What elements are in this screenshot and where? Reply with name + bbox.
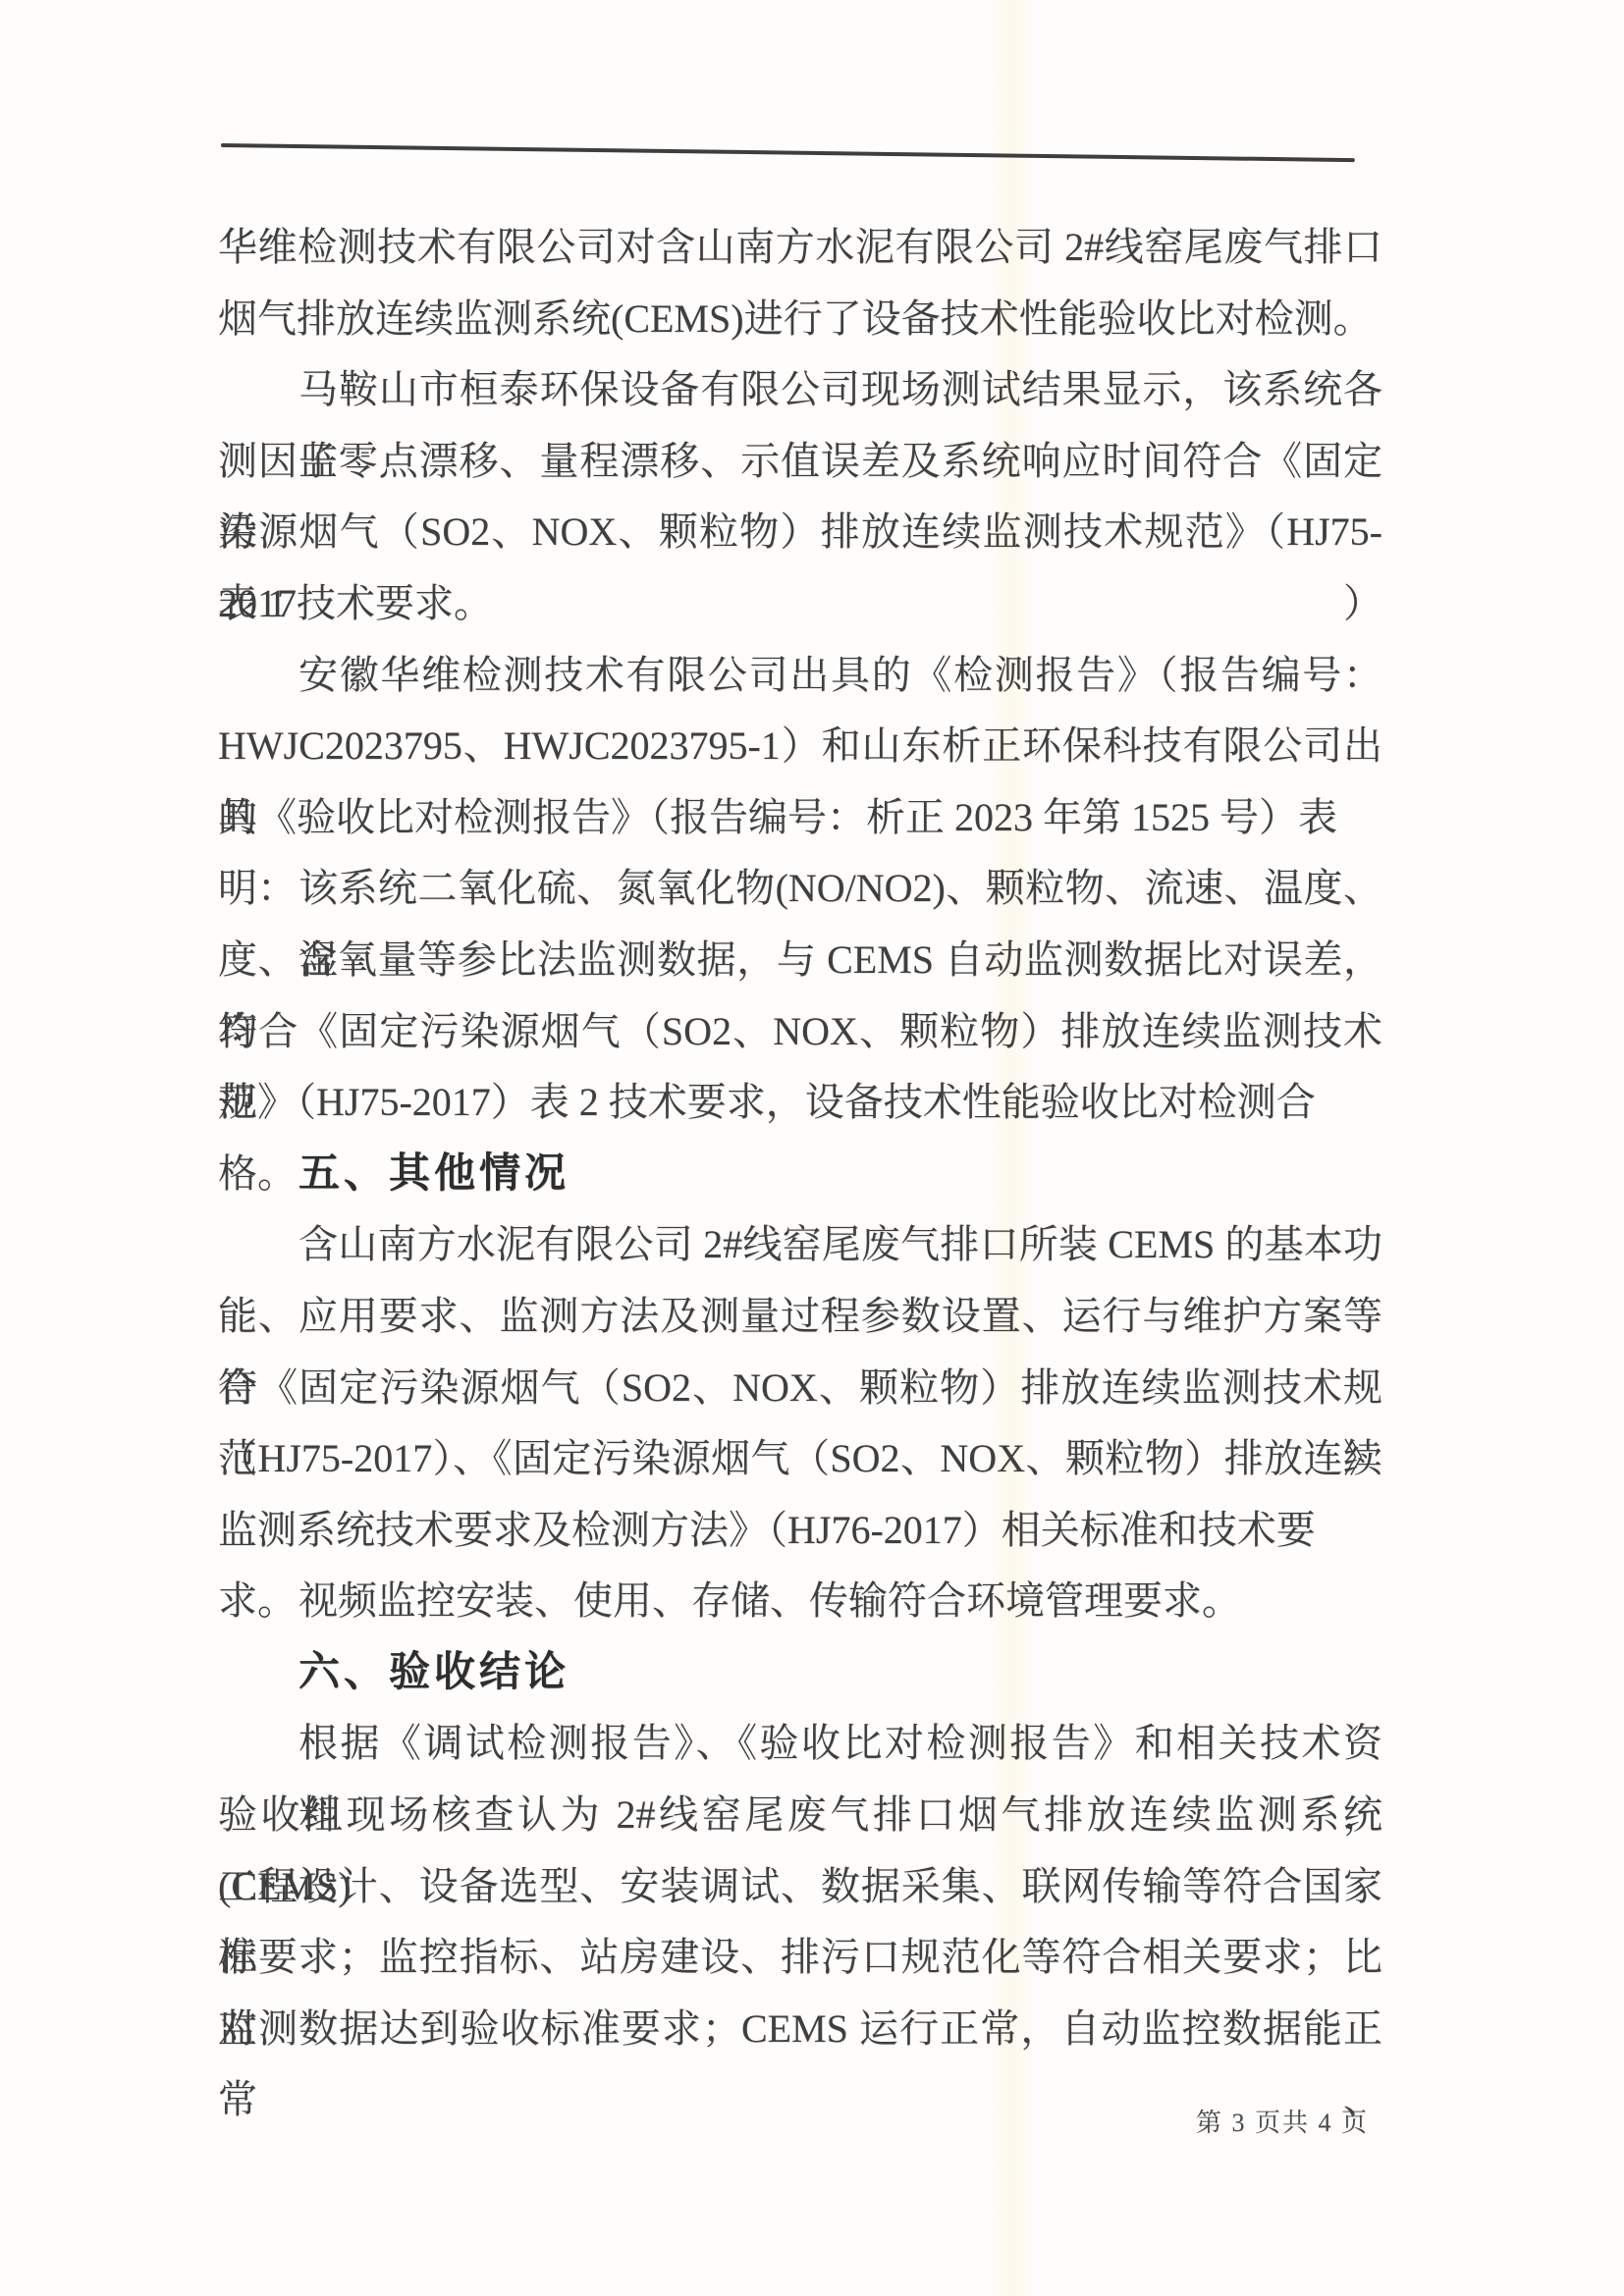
text-line: 华维检测技术有限公司对含山南方水泥有限公司 2#线窑尾废气排口 xyxy=(218,212,1382,284)
text-line: 范》（HJ75-2017）表 2 技术要求，设备技术性能验收比对检测合格。 xyxy=(218,1067,1382,1139)
text-line: 马鞍山市桓泰环保设备有限公司现场测试结果显示，该系统各监 xyxy=(218,354,1382,426)
text-line: 监测数据达到验收标准要求；CEMS 运行正常，自动监控数据能正常、 xyxy=(218,1994,1382,2065)
text-line: 符合《固定污染源烟气（SO2、NOX、颗粒物）排放连续监测技术规 xyxy=(218,996,1382,1068)
text-line: 含山南方水泥有限公司 2#线窑尾废气排口所装 CEMS 的基本功 xyxy=(218,1209,1382,1281)
text-line: 的《验收比对检测报告》（报告编号：析正 2023 年第 1525 号）表明： xyxy=(218,782,1382,854)
text-line: 视频监控安装、使用、存储、传输符合环境管理要求。 xyxy=(218,1566,1382,1637)
section-heading: 六、验收结论 xyxy=(218,1637,1382,1709)
text-line: 度、含氧量等参比法监测数据，与 CEMS 自动监测数据比对误差，均 xyxy=(218,925,1382,996)
text-line: 根据《调试检测报告》、《验收比对检测报告》和相关技术资料， xyxy=(218,1708,1382,1780)
text-line: 能、应用要求、监测方法及测量过程参数设置、运行与维护方案等符 xyxy=(218,1281,1382,1353)
text-line: HWJC2023795、HWJC2023795-1）和山东析正环保科技有限公司出… xyxy=(218,711,1382,782)
text-line: 准要求；监控指标、站房建设、排污口规范化等符合相关要求；比对 xyxy=(218,1922,1382,1994)
text-line: 测因子零点漂移、量程漂移、示值误差及系统响应时间符合《固定污 xyxy=(218,426,1382,498)
header-rule xyxy=(221,143,1355,162)
text-line: （HJ75-2017）、《固定污染源烟气（SO2、NOX、颗粒物）排放连续 xyxy=(218,1423,1382,1495)
page-number: 第 3 页共 4 页 xyxy=(1196,2103,1369,2139)
document-lines: 华维检测技术有限公司对含山南方水泥有限公司 2#线窑尾废气排口烟气排放连续监测系… xyxy=(218,212,1382,2064)
text-line: 烟气排放连续监测系统(CEMS)进行了设备技术性能验收比对检测。 xyxy=(218,284,1382,355)
text-line: 该系统二氧化硫、氮氧化物(NO/NO2)、颗粒物、流速、温度、湿 xyxy=(218,853,1382,925)
text-line: 合《固定污染源烟气（SO2、NOX、颗粒物）排放连续监测技术规范》 xyxy=(218,1353,1382,1424)
section-heading: 五、其他情况 xyxy=(218,1139,1382,1210)
text-line: 监测系统技术要求及检测方法》（HJ76-2017）相关标准和技术要求。 xyxy=(218,1495,1382,1567)
text-line: 工程设计、设备选型、安装调试、数据采集、联网传输等符合国家标 xyxy=(218,1851,1382,1923)
text-line: 安徽华维检测技术有限公司出具的《检测报告》（报告编号： xyxy=(218,640,1382,712)
text-line: 验收组现场核查认为 2#线窑尾废气排口烟气排放连续监测系统(CEMS) xyxy=(218,1780,1382,1851)
document-page: 华维检测技术有限公司对含山南方水泥有限公司 2#线窑尾废气排口烟气排放连续监测系… xyxy=(0,0,1624,2296)
text-line: 染源烟气（SO2、NOX、颗粒物）排放连续监测技术规范》（HJ75-2017） xyxy=(218,497,1382,568)
document-body: 华维检测技术有限公司对含山南方水泥有限公司 2#线窑尾废气排口烟气排放连续监测系… xyxy=(218,212,1382,2064)
